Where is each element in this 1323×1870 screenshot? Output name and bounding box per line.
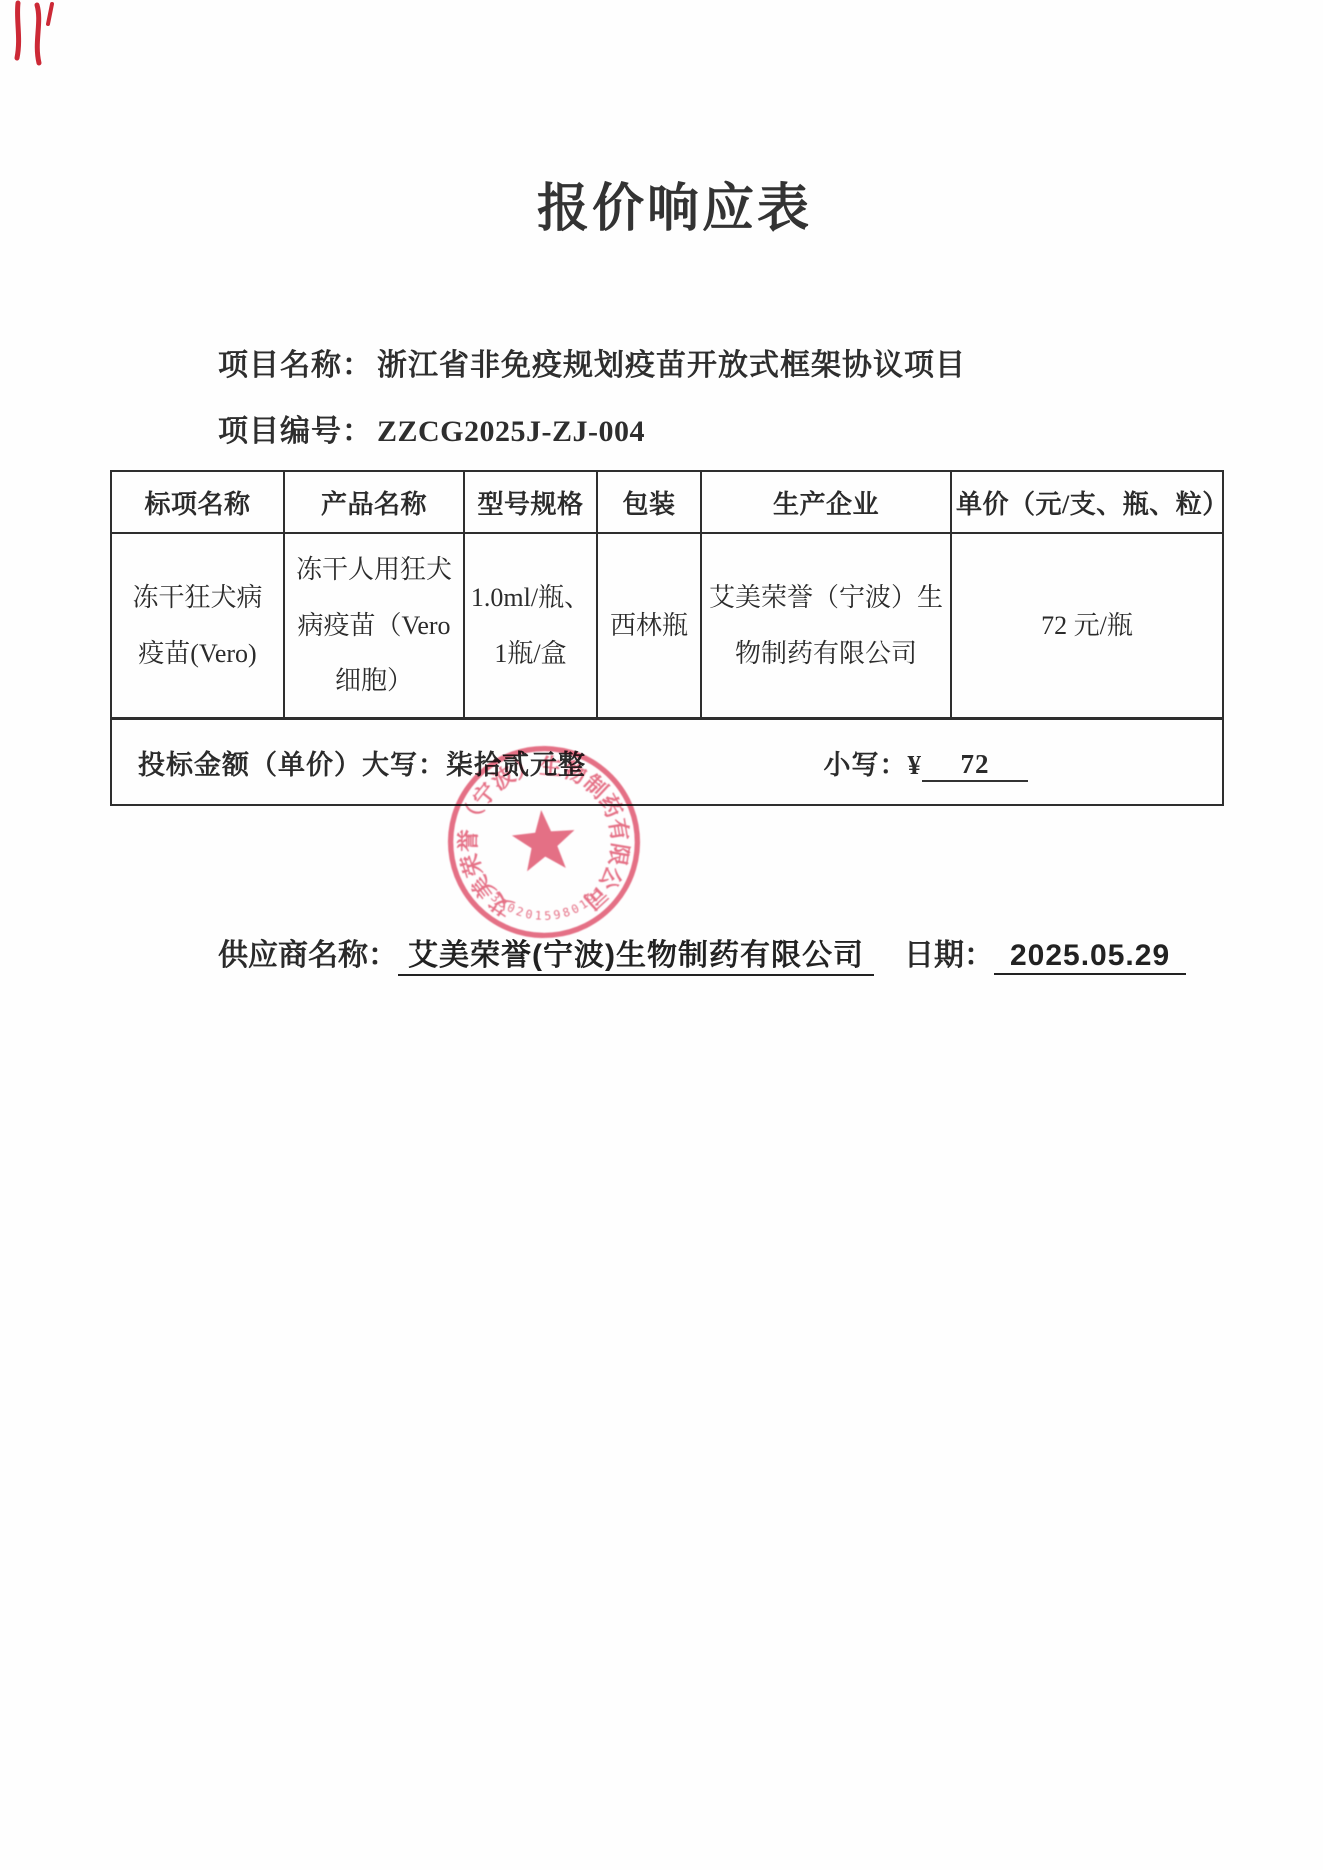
page-title: 报价响应表 [0, 166, 1323, 241]
supplier-name-value: 艾美荣誉(宁波)生物制药有限公司 [398, 930, 874, 976]
cell-unit-price: 72 元/瓶 [951, 533, 1223, 719]
table-row: 冻干狂犬病 疫苗(Vero) 冻干人用狂犬 病疫苗（Vero 细胞） 1.0ml… [111, 533, 1223, 719]
amount-words-value: 柒拾贰元整 [446, 743, 586, 782]
cell-manufacturer: 艾美荣誉（宁波）生 物制药有限公司 [701, 533, 951, 719]
quotation-table: 标项名称 产品名称 型号规格 包装 生产企业 单价（元/支、瓶、粒） 冻干狂犬病… [110, 470, 1224, 806]
project-name-value: 浙江省非免疫规划疫苗开放式框架协议项目 [377, 349, 966, 382]
cell-item-name: 冻干狂犬病 疫苗(Vero) [111, 533, 284, 719]
header-unit-price: 单价（元/支、瓶、粒） [951, 471, 1223, 533]
date-value: 2025.05.29 [994, 939, 1186, 975]
project-number-label: 项目编号： [218, 415, 373, 448]
table-footer-row: 投标金额（单价）大写：柒拾贰元整 小写：¥ 72 [111, 719, 1223, 806]
amount-figures-label: 小写：¥ [824, 743, 923, 782]
stamp-star-icon [510, 807, 578, 872]
table-header-row: 标项名称 产品名称 型号规格 包装 生产企业 单价（元/支、瓶、粒） [111, 471, 1223, 533]
date-label: 日期： [904, 930, 994, 974]
cell-spec: 1.0ml/瓶、 1瓶/盒 [464, 533, 597, 719]
amount-figures-group: 小写：¥ 72 [824, 743, 1029, 782]
cell-product-name: 冻干人用狂犬 病疫苗（Vero 细胞） [284, 533, 464, 719]
red-pen-marks-artifact [4, 0, 68, 72]
header-package: 包装 [597, 471, 701, 533]
header-item-name: 标项名称 [111, 471, 284, 533]
supplier-label: 供应商名称： [218, 930, 398, 974]
project-name-line: 项目名称：浙江省非免疫规划疫苗开放式框架协议项目 [218, 340, 966, 384]
project-name-label: 项目名称： [218, 349, 373, 382]
cell-package: 西林瓶 [597, 533, 701, 719]
amount-words-label: 投标金额（单价）大写： [138, 743, 446, 782]
project-number-value: ZZCG2025J-ZJ-004 [377, 415, 645, 448]
quotation-document-page: 报价响应表 项目名称：浙江省非免疫规划疫苗开放式框架协议项目 项目编号：ZZCG… [0, 0, 1323, 1870]
header-manufacturer: 生产企业 [701, 471, 951, 533]
signature-line: 供应商名称： 艾美荣誉(宁波)生物制药有限公司 日期： 2025.05.29 [218, 930, 1186, 976]
amount-figures-value: 72 [922, 749, 1028, 782]
project-number-line: 项目编号：ZZCG2025J-ZJ-004 [218, 406, 645, 450]
header-product-name: 产品名称 [284, 471, 464, 533]
stamp-serial-digits: 3302015980191 [487, 880, 609, 927]
header-spec: 型号规格 [464, 471, 597, 533]
svg-text:3302015980191: 3302015980191 [487, 880, 609, 927]
